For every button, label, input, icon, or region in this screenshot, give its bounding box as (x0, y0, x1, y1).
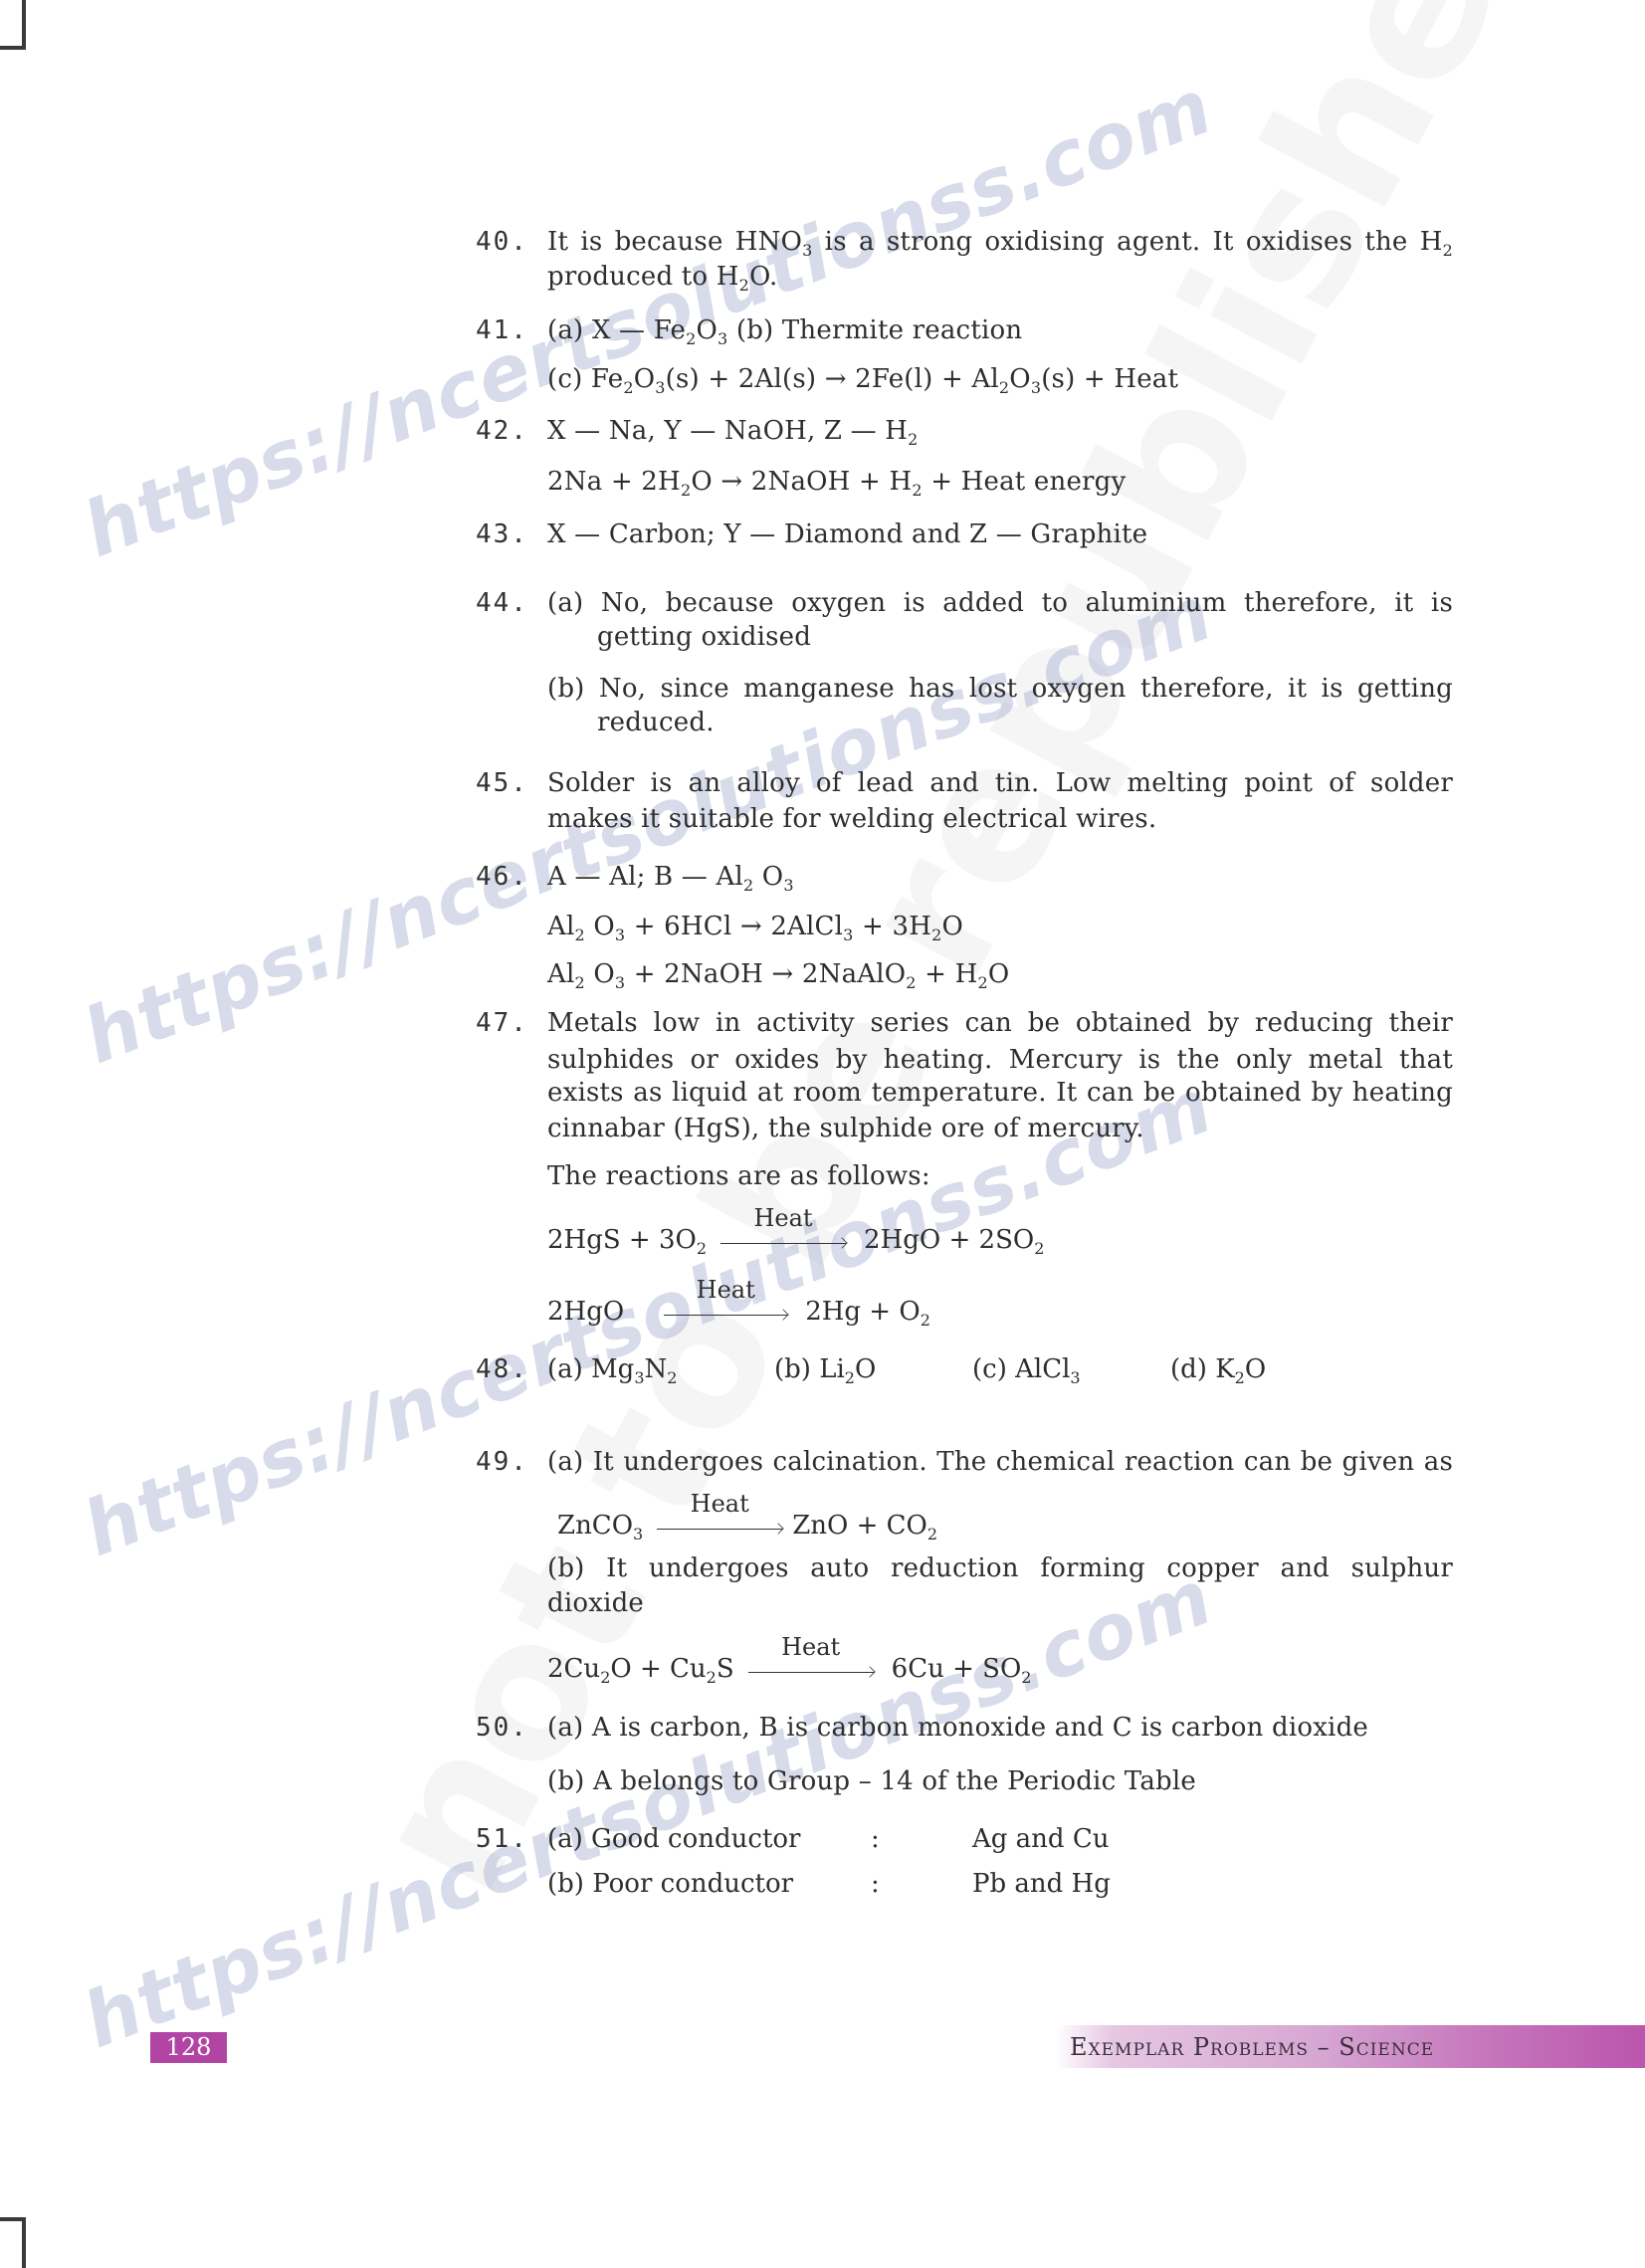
answer-line: Al2 O3 + 2NaOH → 2NaAlO2 + H2O (547, 957, 1453, 991)
equation: 2Cu2O + Cu2SHeat6Cu + SO2 (547, 1652, 1031, 1686)
watermark-site: https://ncertsolutionss.com (72, 1552, 1224, 2065)
reaction-arrow-icon: Heat (748, 1652, 874, 1686)
row-separator: : (871, 1822, 880, 1856)
answer-line: sulphides or oxides by heating. Mercury … (547, 1043, 1453, 1077)
answer-line: Metals low in activity series can be obt… (547, 1006, 1453, 1040)
answer-line: reduced. (597, 706, 1453, 739)
answer-number: 47. (476, 1006, 528, 1040)
arrow-condition: Heat (657, 1487, 782, 1521)
reaction-arrow-icon: Heat (720, 1223, 846, 1257)
arrow-condition: Heat (720, 1201, 846, 1235)
reaction-arrow-icon: Heat (664, 1295, 787, 1329)
answer-line: A — Al; B — Al2 O3 (547, 860, 1453, 894)
row-label: (a) Good conductor (547, 1822, 800, 1856)
equation: ZnCO3HeatZnO + CO2 (557, 1509, 937, 1543)
answer-number: 49. (476, 1445, 528, 1479)
book-title: Exemplar Problems – Science (1070, 2027, 1434, 2067)
answer-line: cinnabar (HgS), the sulphide ore of merc… (547, 1112, 1453, 1145)
answer-line: produced to H2O. (547, 260, 1453, 294)
answer-line: (a) A is carbon, B is carbon monoxide an… (547, 1711, 1453, 1745)
answer-number: 42. (476, 414, 528, 448)
reaction-arrow-icon: Heat (657, 1509, 782, 1543)
answer-option: (c) AlCl3 (972, 1352, 1081, 1386)
crop-mark-top-horizontal (0, 46, 26, 50)
row-value: Pb and Hg (972, 1867, 1111, 1901)
arrow-condition: Heat (664, 1273, 787, 1307)
answer-line: (a) It undergoes calcination. The chemic… (547, 1445, 1453, 1479)
answer-line: (b) A belongs to Group – 14 of the Perio… (547, 1764, 1453, 1798)
answer-line: dioxide (547, 1586, 1453, 1620)
answer-line: exists as liquid at room temperature. It… (547, 1076, 1453, 1110)
answer-line: 2Na + 2H2O → 2NaOH + H2 + Heat energy (547, 465, 1453, 499)
answer-line: (a) X — Fe2O3 (b) Thermite reaction (547, 313, 1453, 347)
row-label: (b) Poor conductor (547, 1867, 793, 1901)
answer-line: getting oxidised (597, 620, 1453, 654)
answer-line: It is because HNO3 is a strong oxidising… (547, 225, 1453, 259)
answer-option: (a) Mg3N2 (547, 1352, 677, 1386)
answer-line: (a) No, because oxygen is added to alumi… (547, 586, 1453, 620)
answer-number: 40. (476, 225, 528, 259)
answer-number: 44. (476, 586, 528, 620)
answer-number: 46. (476, 860, 528, 894)
answer-line: Al2 O3 + 6HCl → 2AlCl3 + 3H2O (547, 910, 1453, 943)
answer-line: (b) No, since manganese has lost oxygen … (547, 672, 1453, 706)
page-number: 128 (150, 2032, 227, 2063)
row-separator: : (871, 1867, 880, 1901)
answer-number: 41. (476, 313, 528, 347)
answer-option: (b) Li2O (774, 1352, 876, 1386)
answer-line: The reactions are as follows: (547, 1159, 1453, 1193)
answer-number: 48. (476, 1352, 528, 1386)
arrow-condition: Heat (748, 1630, 874, 1664)
answer-number: 50. (476, 1711, 528, 1745)
answer-line: X — Na, Y — NaOH, Z — H2 (547, 414, 1453, 448)
crop-mark-bottom-vertical (22, 2217, 26, 2268)
answer-number: 51. (476, 1822, 528, 1856)
answer-line: makes it suitable for welding electrical… (547, 802, 1453, 836)
answer-line: X — Carbon; Y — Diamond and Z — Graphite (547, 517, 1453, 551)
answer-line: (c) Fe2O3(s) + 2Al(s) → 2Fe(l) + Al2O3(s… (547, 362, 1453, 396)
equation: 2HgS + 3O2Heat2HgO + 2SO2 (547, 1223, 1044, 1257)
crop-mark-top-vertical (22, 0, 26, 50)
answer-line: Solder is an alloy of lead and tin. Low … (547, 766, 1453, 800)
equation: 2HgOHeat2Hg + O2 (547, 1295, 930, 1329)
answer-number: 45. (476, 766, 528, 800)
answer-option: (d) K2O (1170, 1352, 1266, 1386)
answer-number: 43. (476, 517, 528, 551)
answer-line: (b) It undergoes auto reduction forming … (547, 1551, 1453, 1585)
row-value: Ag and Cu (972, 1822, 1109, 1856)
